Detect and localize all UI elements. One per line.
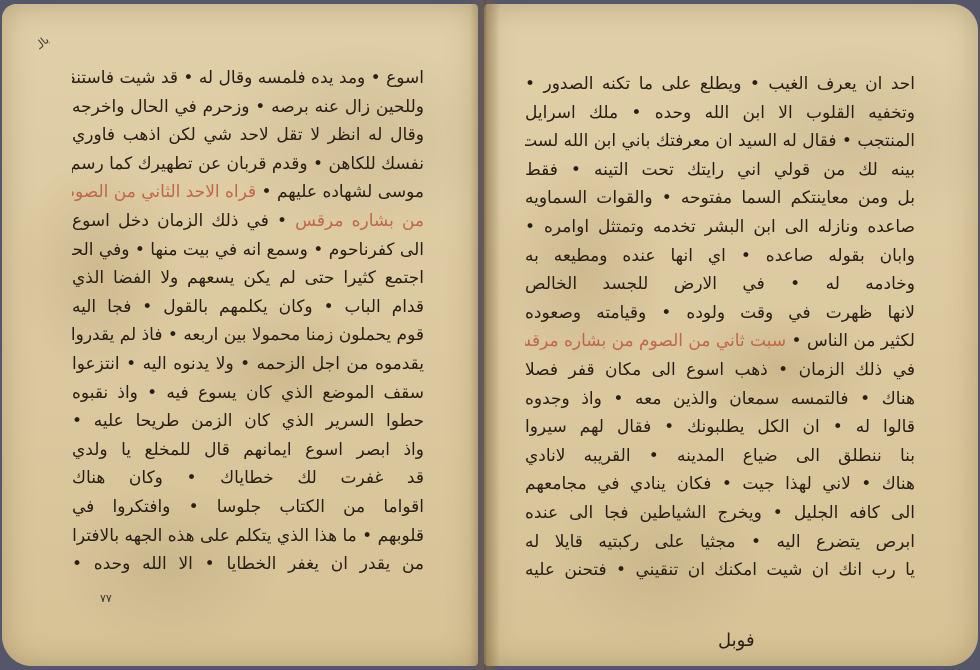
manuscript-line: هناك • فالتمسه سمعان والذين معه • واذ وج… (525, 385, 915, 414)
manuscript-line: قوم يحملون زمنا محمولا بين اربعه • فاذ ل… (72, 321, 424, 350)
manuscript-line: حطوا السرير الذي كان الزمن طريحا عليه • (72, 407, 424, 436)
manuscript-line: سقف الموضع الذي كان يسوع فيه • واذ نقبوه (72, 379, 424, 408)
manuscript-line: هناك • لاني لهذا جيت • فكان ينادي في مجا… (525, 470, 915, 499)
manuscript-line: اسوع • ومد يده فلمسه وقال له • قد شيت فا… (72, 64, 424, 93)
manuscript-line: ابرص يتضرع اليه • مجثيا على ركبتيه قايلا… (525, 528, 915, 557)
manuscript-line: واذ ابصر اسوع ايمانهم قال للمخلع يا ولدي (72, 436, 424, 465)
rubric-text: سبت ثاني من الصوم من بشاره مرقس (525, 331, 786, 351)
manuscript-line-rubric: من بشاره مرقس • في ذلك الزمان دخل اسوع (72, 207, 424, 236)
manuscript-line: صاعده ونازله الى ابن البشر تخدمه وتمتثل … (525, 213, 915, 242)
manuscript-line: قد غفرت لك خطاياك • وكان هناك (72, 464, 424, 493)
manuscript-line: اقواما من الكتاب جلوسا • وافتكروا في (72, 493, 424, 522)
book-gutter (470, 0, 500, 670)
rubric-text: قراه الاحد الثاني من الصوم (72, 182, 256, 202)
manuscript-line-rubric: موسى لشهاده عليهم • قراه الاحد الثاني من… (72, 178, 424, 207)
manuscript-line: قدام الباب • وكان يكلمهم بالقول • فجا ال… (72, 293, 424, 322)
manuscript-spread: بالـ اسوع • ومد يده فلمسه وقال له • قد ش… (0, 0, 980, 670)
manuscript-line: يقدموه من اجل الزحمه • ولا يدنوه اليه • … (72, 350, 424, 379)
manuscript-line: وقال له انظر لا تقل لاحد شي لكن اذهب فاو… (72, 121, 424, 150)
manuscript-line: بل ومن معاينتكم السما مفتوحه • والقوات ا… (525, 184, 915, 213)
manuscript-line: الى كافه الجليل • ويخرج الشياطين فجا الى… (525, 499, 915, 528)
right-page-text-block: احد ان يعرف الغيب • ويطلع على ما تكنه ال… (525, 70, 915, 585)
manuscript-line-rubric: لكثير من الناس • سبت ثاني من الصوم من بش… (525, 327, 915, 356)
catchword: فوبل (718, 630, 755, 651)
manuscript-line: يا رب انك ان شيت امكنك ان تنقيني • فتحنن… (525, 556, 915, 585)
manuscript-line: الى كفرناحوم • وسمع انه في بيت منها • وف… (72, 236, 424, 265)
folio-number: ٧٧ (100, 592, 112, 605)
manuscript-line: في ذلك الزمان • ذهب اسوع الى مكان قفر فص… (525, 356, 915, 385)
manuscript-line: اجتمع كثيرا حتى لم يكن يسعهم ولا الفضا ا… (72, 264, 424, 293)
left-page-text-block: اسوع • ومد يده فلمسه وقال له • قد شيت فا… (72, 64, 424, 579)
manuscript-line: وتخفيه القلوب الا ابن الله وحده • ملك اس… (525, 99, 915, 128)
manuscript-line: نفسك للكاهن • وقدم قربان عن تطهيرك كما ر… (72, 150, 424, 179)
manuscript-line: المنتجب • فقال له السيد ان معرفتك باني ا… (525, 127, 915, 156)
manuscript-line: لانها ظهرت في وقت ولوده • وقيامته وصعوده (525, 299, 915, 328)
manuscript-line: بنا ننطلق الى ضياع المدينه • القريبه لان… (525, 442, 915, 471)
manuscript-line: من يقدر ان يغفر الخطايا • الا الله وحده … (72, 550, 424, 579)
manuscript-line: قلوبهم • ما هذا الذي يتكلم على هذه الجهه… (72, 522, 424, 551)
manuscript-line: وخادمه له • في الارض للجسد الخالص (525, 270, 915, 299)
manuscript-line: وابان بقوله صاعده • اي انها عنده ومطيعه … (525, 242, 915, 271)
manuscript-line: احد ان يعرف الغيب • ويطلع على ما تكنه ال… (525, 70, 915, 99)
manuscript-line: قالوا له • ان الكل يطلبونك • فقال لهم سي… (525, 413, 915, 442)
manuscript-line: وللحين زال عنه برصه • وزحرم في الحال واخ… (72, 93, 424, 122)
rubric-text: من بشاره مرقس (295, 211, 424, 231)
manuscript-line: بينه لك من قولي اني رايتك تحت التينه • ف… (525, 156, 915, 185)
